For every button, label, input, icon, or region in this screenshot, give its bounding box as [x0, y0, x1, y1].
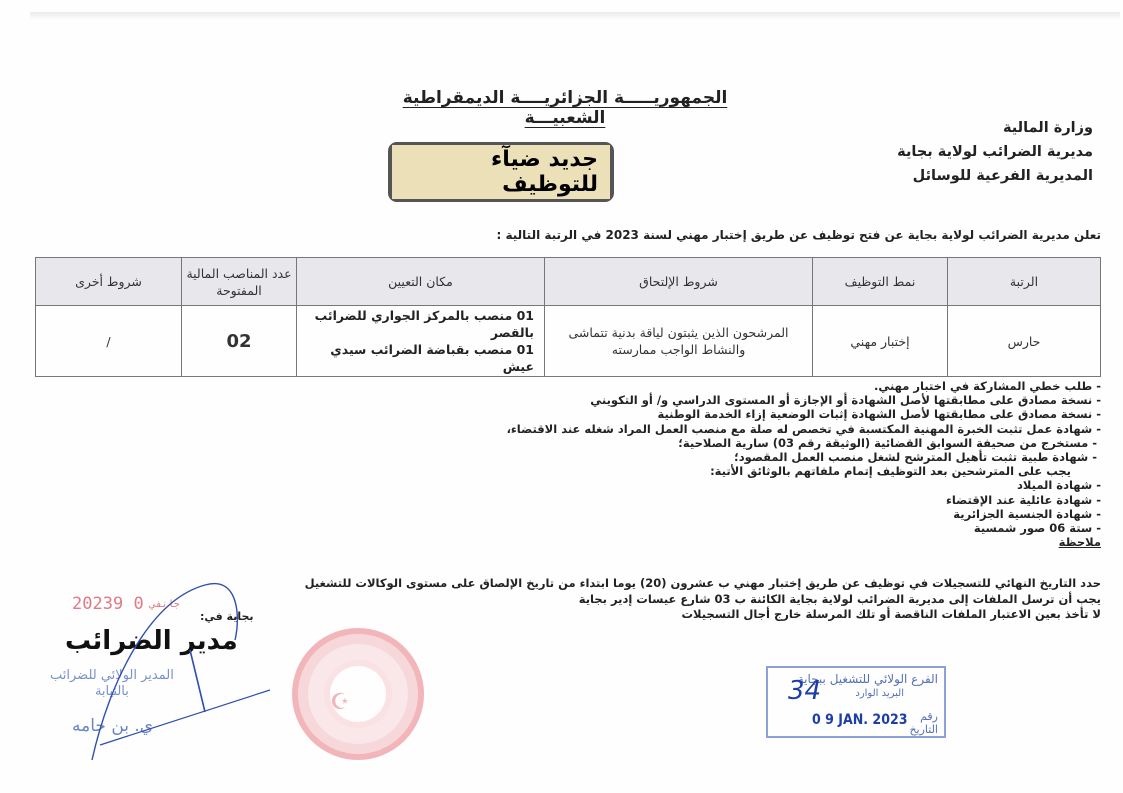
director-title: مدير الضرائب [65, 626, 238, 656]
cell-conditions: المرشحون الذين يثبتون لياقة بدنية تتماشى… [545, 306, 813, 377]
subdirectorate-line: المديرية الفرعية للوسائل [833, 164, 1093, 188]
doc-item: - شهادة طبية تثبت تأهيل المترشح لشغل منص… [481, 450, 1101, 464]
notes-block: حدد التاريخ النهائي للتسجيلات في توظيف ع… [381, 576, 1101, 623]
header-other: شروط أخرى [36, 258, 182, 306]
date-year: 2023 [72, 594, 113, 614]
post-hire-heading: يجب على المترشحين بعد التوظيف إتمام ملفا… [481, 464, 1101, 478]
date-day: 0 9 [113, 594, 144, 614]
doc-item: - شهادة الجنسية الجزائرية [481, 507, 1101, 521]
signer-name: ي. بن حامه [72, 716, 153, 736]
deputy-line: المدير الولائي للضرائب [50, 668, 174, 684]
signing-place: بجاية في: [200, 610, 254, 623]
issuing-authority: وزارة المالية مديرية الضرائب لولاية بجاي… [833, 116, 1093, 188]
positions-table: الرتبة نمط التوظيف شروط الإلتحاق مكان ال… [35, 257, 1101, 377]
header-conditions: شروط الإلتحاق [545, 258, 813, 306]
location-line: 01 منصب بالمركز الجواري للضرائب بالقصر [298, 307, 534, 341]
deputy-line: بالنيابة [50, 684, 174, 700]
seal-star-icon: ☪ [330, 690, 350, 715]
table-header-row: الرتبة نمط التوظيف شروط الإلتحاق مكان ال… [36, 258, 1101, 306]
header-count: عدد المناصب المالية المفتوحة [182, 258, 297, 306]
stamp-date: 0 9 JAN. 2023 [812, 712, 907, 728]
header-mode: نمط التوظيف [813, 258, 948, 306]
intro-text: تعلن مديرية الضرائب لولاية بجاية عن فتح … [401, 228, 1101, 242]
stamp-number: 34 [788, 676, 821, 706]
doc-item: - شهادة الميلاد [481, 478, 1101, 492]
watermark-badge: جديد ضيآء للتوظيف [388, 142, 614, 202]
date-stamp: 2023جانفي0 9 [72, 594, 186, 614]
header-location: مكان التعيين [297, 258, 545, 306]
republic-heading: الجمهوريـــــة الجزائريــــة الديمقراطية… [360, 88, 770, 128]
received-stamp: الفرع الولائي للتشغيل ببجاية البريد الوا… [766, 666, 946, 738]
doc-item: - نسخة مصادق على مطابقتها لأصل الشهادة إ… [481, 407, 1101, 421]
required-documents: - طلب خطي المشاركة في اختبار مهني. - نسخ… [481, 379, 1101, 549]
cell-locations: 01 منصب بالمركز الجواري للضرائب بالقصر 0… [297, 306, 545, 377]
scan-bleed [30, 12, 1120, 20]
doc-item: - نسخة مصادق على مطابقتها لأصل الشهادة أ… [481, 393, 1101, 407]
official-seal [292, 628, 424, 760]
deputy-stamp: المدير الولائي للضرائب بالنيابة [50, 668, 174, 700]
header-rank: الرتبة [948, 258, 1101, 306]
directorate-line: مديرية الضرائب لولاية بجاية [833, 140, 1093, 164]
doc-item: - طلب خطي المشاركة في اختبار مهني. [481, 379, 1101, 393]
badge-text: جديد ضيآء للتوظيف [392, 145, 610, 199]
cell-other: / [36, 306, 182, 377]
stamp-date-label: التاريخ [909, 723, 938, 736]
announcement-page: الجمهوريـــــة الجزائريــــة الديمقراطية… [0, 0, 1123, 793]
cell-count: 02 [182, 306, 297, 377]
cell-rank: حارس [948, 306, 1101, 377]
date-month: جانفي [150, 599, 180, 610]
stamp-number-label: رقم [920, 710, 938, 723]
note-line: يجب أن ترسل الملفات إلى مديرية الضرائب ل… [381, 592, 1101, 608]
doc-item: - ستة 06 صور شمسية [481, 521, 1101, 535]
ministry-line: وزارة المالية [833, 116, 1093, 140]
cell-mode: إختبار مهني [813, 306, 948, 377]
doc-item: - مستخرج من صحيفة السوابق القضائية (الوث… [481, 436, 1101, 450]
doc-item: - شهادة عائلية عند الإقتضاء [481, 493, 1101, 507]
doc-item: - شهادة عمل تثبت الخبرة المهنية المكتسبة… [481, 422, 1101, 436]
note-line: حدد التاريخ النهائي للتسجيلات في توظيف ع… [381, 576, 1101, 592]
note-heading: ملاحظة [481, 535, 1101, 549]
table-row: حارس إختبار مهني المرشحون الذين يثبتون ل… [36, 306, 1101, 377]
stamp-mail: البريد الوارد [855, 688, 904, 699]
note-line: لا تأخذ بعين الاعتبار الملفات الناقصة أو… [381, 607, 1101, 623]
location-line: 01 منصب بقباضة الضرائب سيدي عيش [298, 341, 534, 375]
